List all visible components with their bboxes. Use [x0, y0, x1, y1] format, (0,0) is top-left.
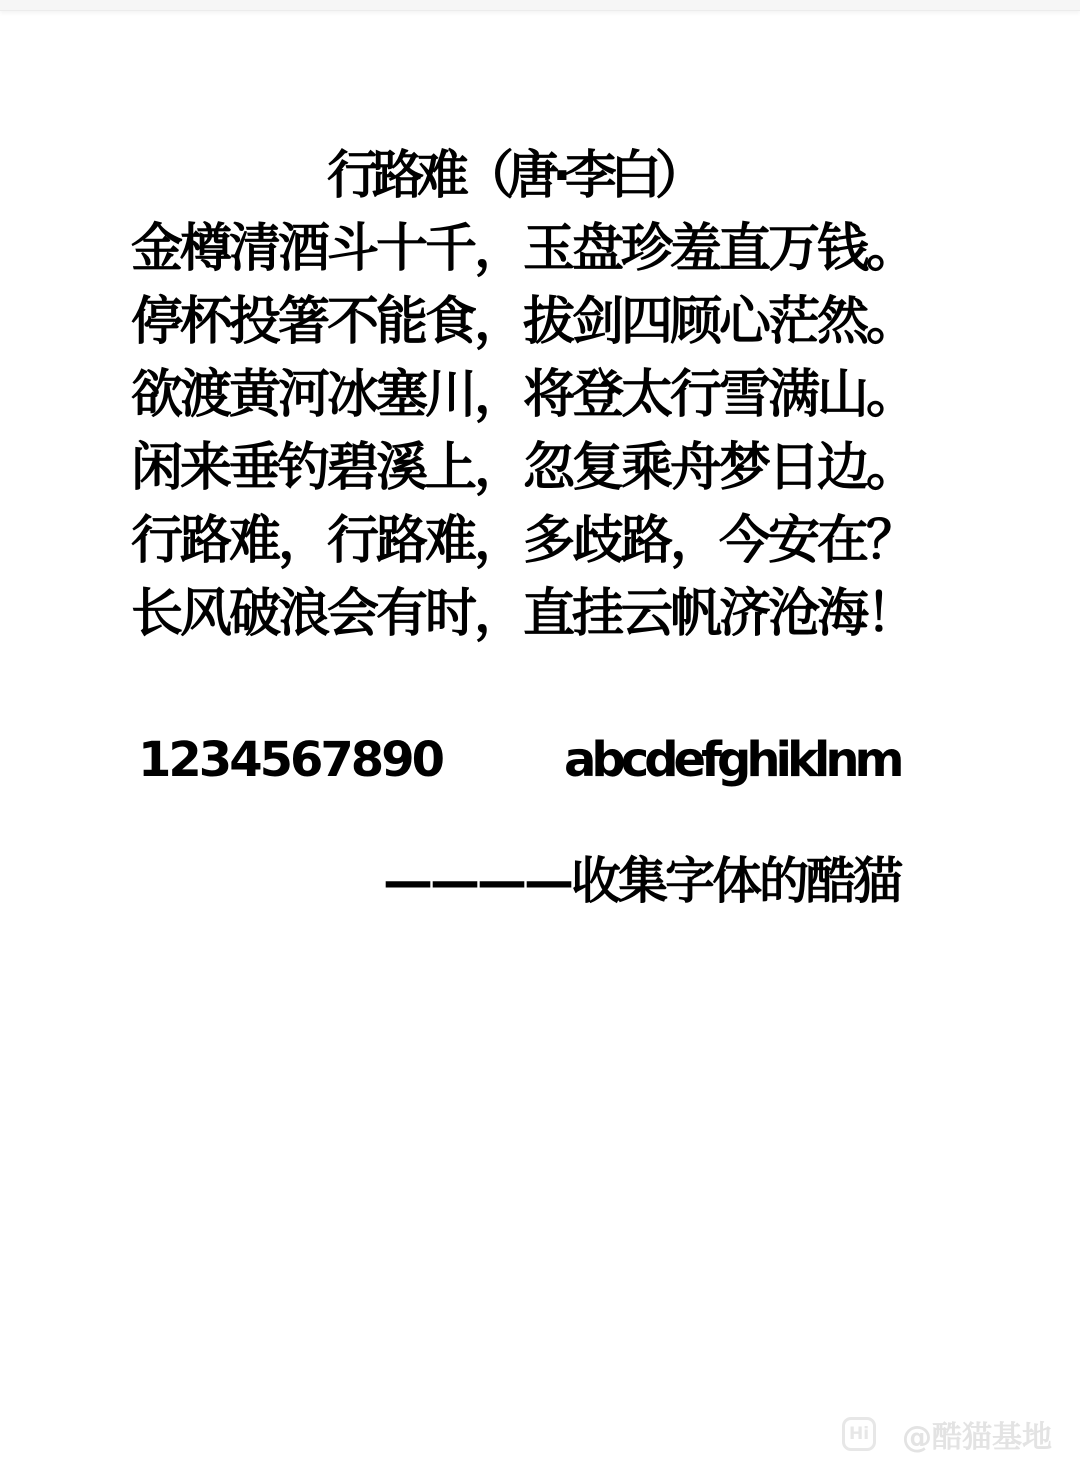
poem-line-3: 欲渡黄河冰塞川，将登太行雪满山。	[131, 359, 951, 432]
watermark-app-icon: Hi	[842, 1417, 876, 1451]
watermark: Hi @酷猫基地	[842, 1412, 1052, 1456]
status-bar	[0, 0, 1080, 11]
specimen-letters: abcdefghiklnm	[564, 732, 900, 788]
poem-line-5: 行路难，行路难，多歧路，今安在？	[131, 505, 951, 578]
poem-line-6: 长风破浪会有时，直挂云帆济沧海！	[131, 578, 951, 651]
poem-title: 行路难（唐·李白）	[327, 140, 951, 213]
poem-line-2: 停杯投箸不能食，拔剑四顾心茫然。	[131, 286, 951, 359]
poem-line-4: 闲来垂钓碧溪上，忽复乘舟梦日边。	[131, 432, 951, 505]
poem-line-1: 金樽清酒斗十千，玉盘珍羞直万钱。	[131, 213, 951, 286]
watermark-handle: @酷猫基地	[902, 1412, 1052, 1456]
attribution-line: ————收集字体的酷猫	[383, 845, 900, 918]
font-specimen-row: 1234567890abcdefghiklnm	[138, 724, 900, 807]
specimen-digits: 1234567890	[138, 732, 442, 788]
poem-text-block: 行路难（唐·李白） 金樽清酒斗十千，玉盘珍羞直万钱。 停杯投箸不能食，拔剑四顾心…	[131, 140, 951, 651]
